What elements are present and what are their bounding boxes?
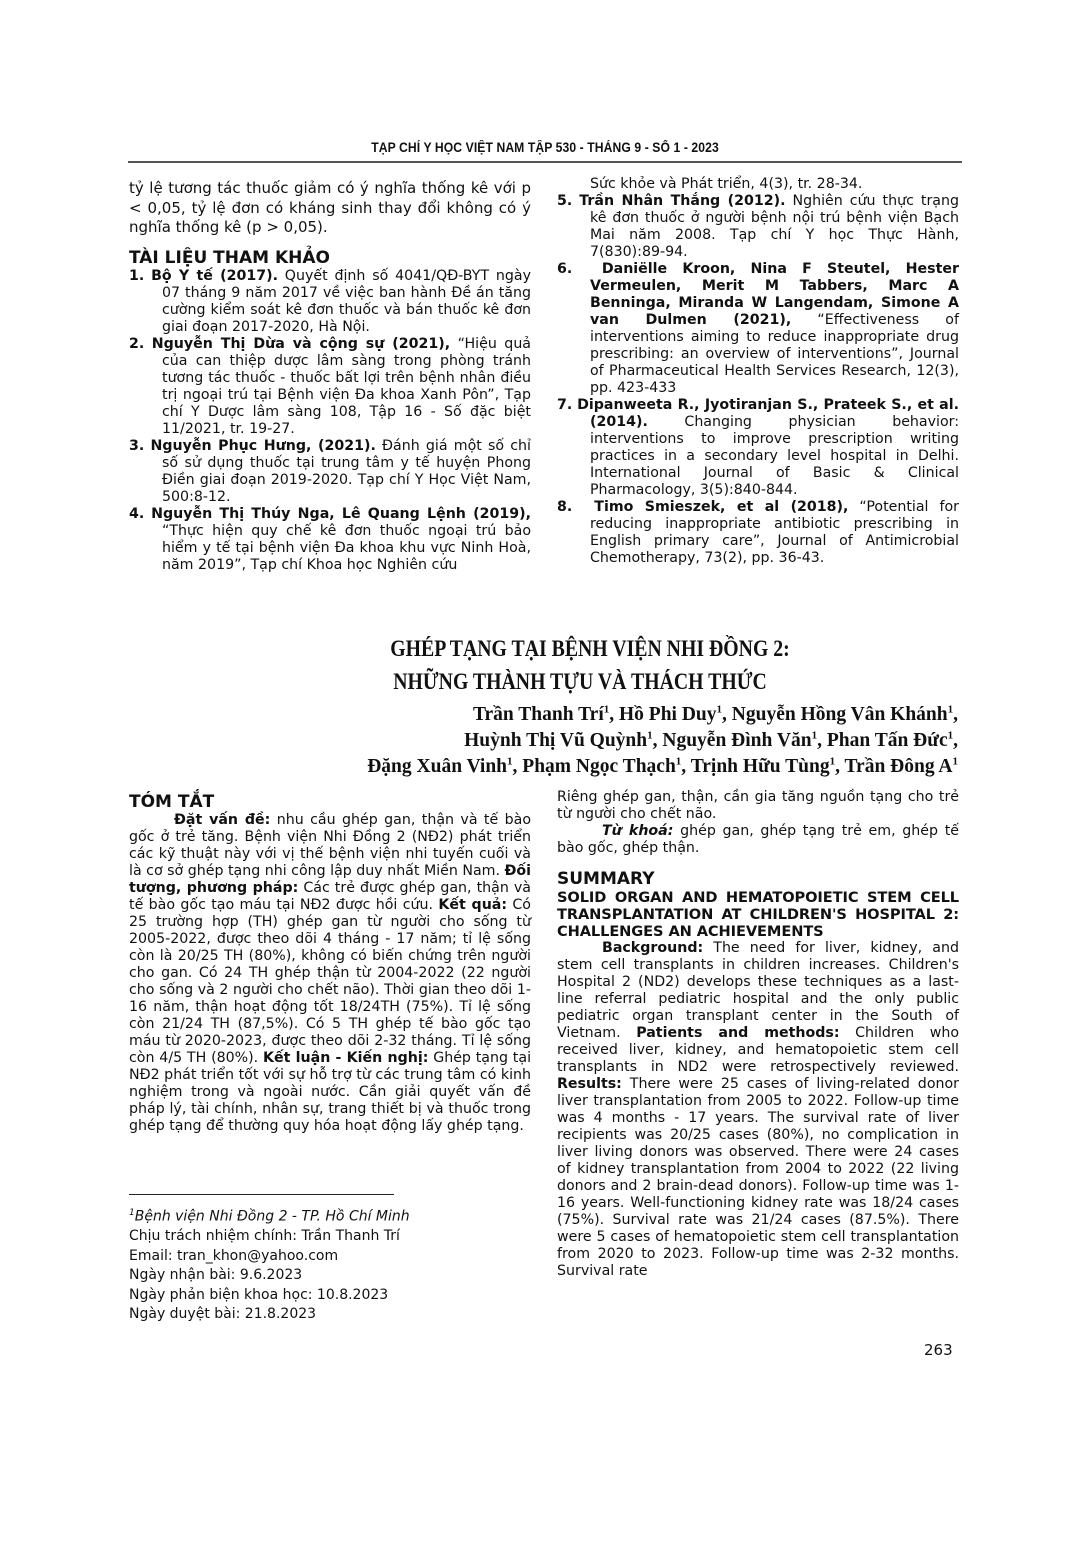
right-column-top: Sức khỏe và Phát triển, 4(3), tr. 28-34.… [557,176,959,567]
date-received: Ngày nhận bài: 9.6.2023 [129,1266,531,1286]
article-title-line-1: GHÉP TẠNG TẠI BỆNH VIỆN NHI ĐỒNG 2: [160,632,1020,665]
reference-item-7: 7. Dipanweeta R., Jyotiranjan S., Pratee… [557,397,959,499]
reference-item-4: 4. Nguyễn Thị Thúy Nga, Lê Quang Lệnh (2… [129,506,531,574]
abstract-vi-heading: TÓM TẮT [129,792,531,812]
email: Email: tran_khon@yahoo.com [129,1247,531,1267]
author-list: Trần Thanh Trí1, Hồ Phi Duy1, Nguyễn Hồn… [238,702,958,780]
conclusion-tail: tỷ lệ tương tác thuốc giảm có ý nghĩa th… [129,179,531,238]
abstract-vi-body: Đặt vấn đề: nhu cầu ghép gan, thận và tế… [129,812,531,1135]
author-name: Phan Tấn Đức [827,730,948,751]
reference-item-8: 8. Timo Smieszek, et al (2018), “Potenti… [557,499,959,567]
article-title: GHÉP TẠNG TẠI BỆNH VIỆN NHI ĐỒNG 2: NHỮN… [0,632,1090,698]
author-name: Hồ Phi Duy [619,704,717,725]
footnote-rule [129,1194,394,1195]
affiliation: 1Bệnh viện Nhi Đồng 2 - TP. Hồ Chí Minh [129,1204,531,1227]
header-rule [128,161,962,163]
author-name: Trịnh Hữu Tùng [691,756,830,777]
date-accepted: Ngày duyệt bài: 21.8.2023 [129,1305,531,1325]
reference-item-1: 1. Bộ Y tế (2017). Quyết định số 4041/QĐ… [129,268,531,336]
reference-item-4-continued: Sức khỏe và Phát triển, 4(3), tr. 28-34. [557,176,959,193]
abstract-en-body: Background: The need for liver, kidney, … [557,940,959,1280]
page-number: 263 [924,1341,953,1359]
reference-item-3: 3. Nguyễn Phục Hưng, (2021). Đánh giá mộ… [129,438,531,506]
reference-item-5: 5. Trần Nhân Thắng (2012). Nghiên cứu th… [557,193,959,261]
summary-title: SOLID ORGAN AND HEMATOPOIETIC STEM CELL … [557,889,959,940]
article-title-line-2: NHỮNG THÀNH TỰU VÀ THÁCH THỨC [141,665,1018,698]
reference-item-2: 2. Nguyễn Thị Dừa và cộng sự (2021), “Hi… [129,336,531,438]
footnotes: 1Bệnh viện Nhi Đồng 2 - TP. Hồ Chí Minh … [129,1204,531,1325]
abstract-vi: TÓM TẮT Đặt vấn đề: nhu cầu ghép gan, th… [129,792,531,1135]
keywords: Từ khoá: ghép gan, ghép tạng trẻ em, ghé… [557,823,959,857]
author-name: Nguyễn Đình Văn [662,730,811,751]
abstract-en-column: Riêng ghép gan, thận, cần gia tăng nguồn… [557,789,959,1280]
author-line-2: Huỳnh Thị Vũ Quỳnh1, Nguyễn Đình Văn1, P… [238,728,958,754]
author-line-1: Trần Thanh Trí1, Hồ Phi Duy1, Nguyễn Hồn… [238,702,958,728]
author-name: Trần Đông A [845,756,953,777]
running-header: TẠP CHÍ Y HỌC VIỆT NAM TẬP 530 - THÁNG 9… [170,140,921,155]
author-name: Nguyễn Hồng Vân Khánh [732,704,948,725]
left-column-top: tỷ lệ tương tác thuốc giảm có ý nghĩa th… [129,179,531,574]
author-name: Đặng Xuân Vinh [367,756,507,777]
abstract-vi-continued: Riêng ghép gan, thận, cần gia tăng nguồn… [557,789,959,823]
references-heading: TÀI LIỆU THAM KHẢO [129,248,531,268]
journal-page: TẠP CHÍ Y HỌC VIỆT NAM TẬP 530 - THÁNG 9… [0,0,1090,1541]
author-line-3: Đặng Xuân Vinh1, Phạm Ngọc Thạch1, Trịnh… [238,754,958,780]
reference-item-6: 6. Daniëlle Kroon, Nina F Steutel, Heste… [557,261,959,397]
author-name: Trần Thanh Trí [473,704,604,725]
author-name: Huỳnh Thị Vũ Quỳnh [464,730,647,751]
corresponding-author: Chịu trách nhiệm chính: Trần Thanh Trí [129,1227,531,1247]
date-reviewed: Ngày phản biện khoa học: 10.8.2023 [129,1286,531,1306]
summary-heading: SUMMARY [557,869,959,889]
author-name: Phạm Ngọc Thạch [522,756,676,777]
